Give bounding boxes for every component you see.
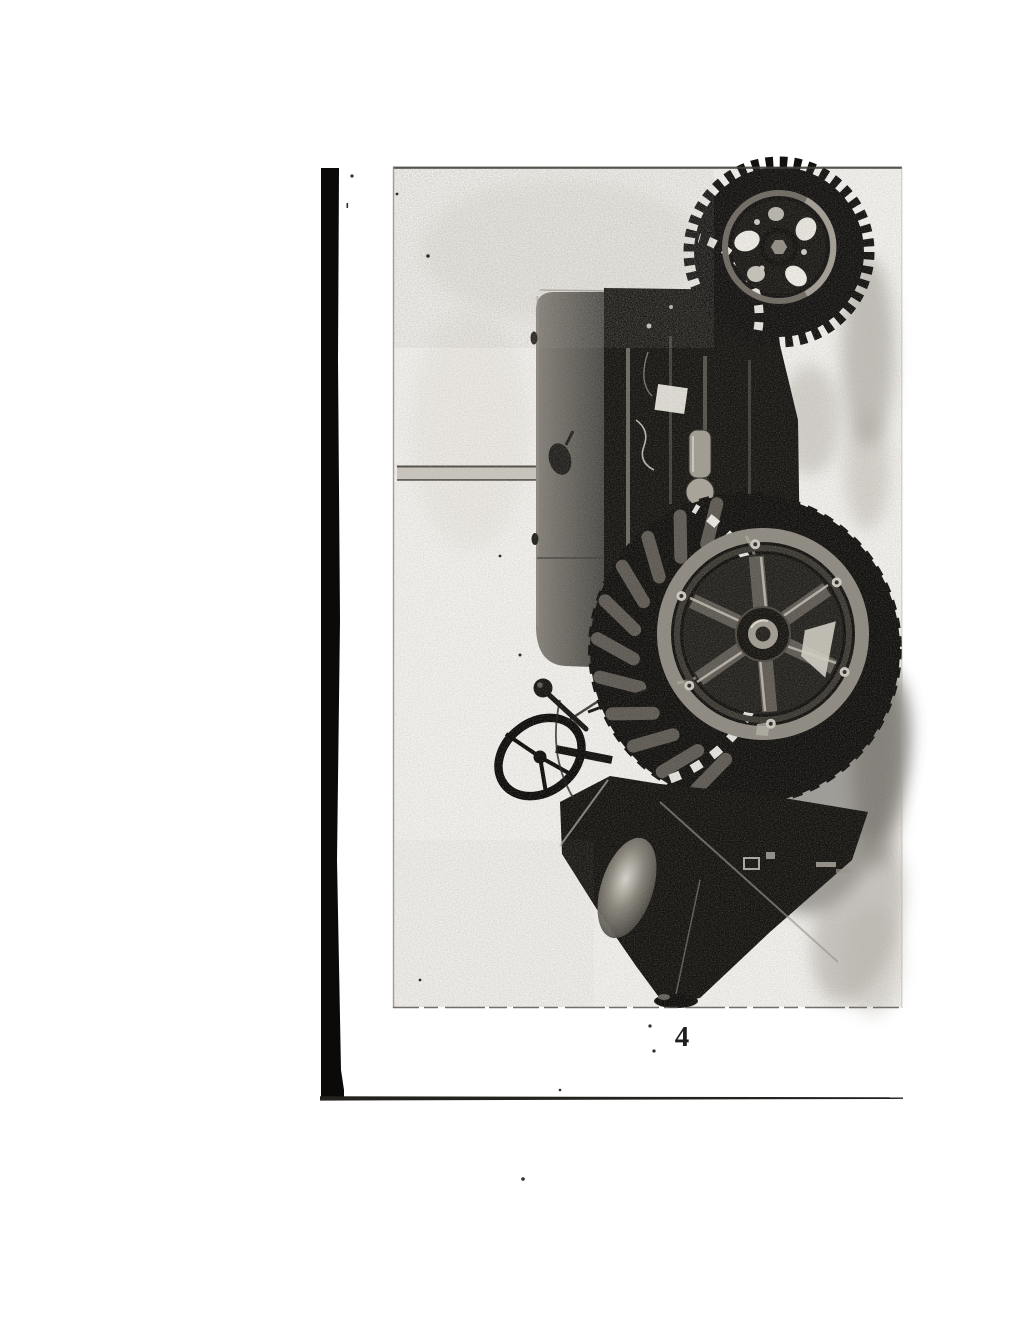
- page-number: 4: [662, 1021, 702, 1054]
- scanned-document-page: 4: [0, 0, 1024, 1325]
- binding-strip: [321, 168, 344, 1098]
- bottom-scan-line: [320, 1096, 903, 1100]
- tractor-photo-figure: [393, 163, 941, 1015]
- page-scan-graphics: [0, 0, 1024, 1325]
- scan-grain: [394, 168, 901, 1007]
